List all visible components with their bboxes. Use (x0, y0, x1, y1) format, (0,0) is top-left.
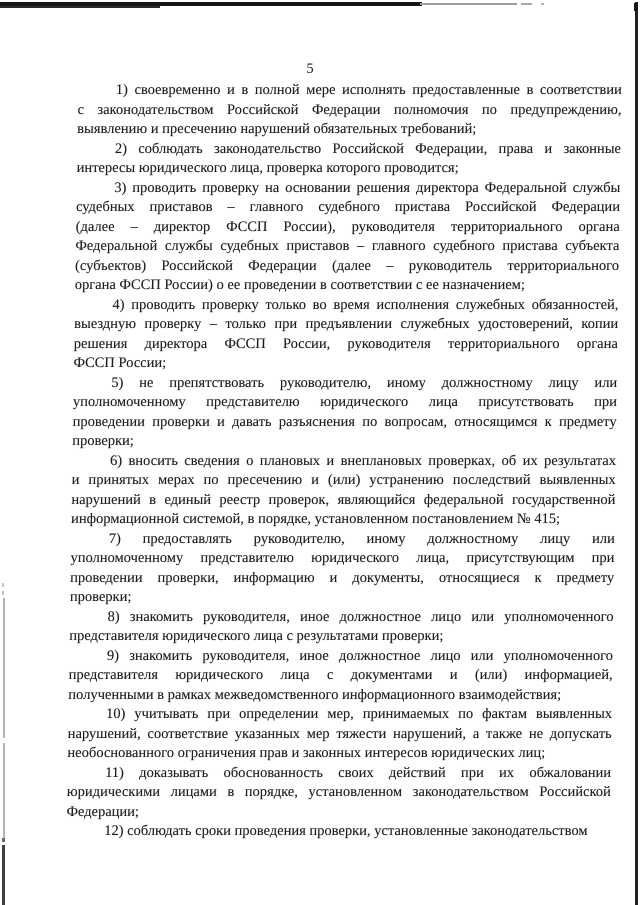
scan-artifact-left-dash (2, 591, 4, 595)
scan-artifact-left-edge-line (3, 743, 5, 841)
text-line: 5) не препятствовать руководителю, иному… (73, 374, 617, 394)
text-line: ФССП России; (73, 354, 617, 374)
text-line: интересы юридического лица, проверка кот… (76, 159, 620, 179)
text-line: нарушений в единый реестр проверок, явля… (71, 491, 615, 511)
text-line: 6) вносить сведения о плановых и внеплан… (72, 452, 616, 472)
text-line: информационной системой, в порядке, уста… (71, 510, 615, 530)
scan-artifact-left-dash (2, 583, 4, 587)
text-line: органа ФССП России) о ее проведении в со… (75, 276, 619, 296)
text-line: 3) проводить проверку на основании решен… (76, 179, 620, 199)
text-line: представителя юридического лица с резуль… (69, 627, 613, 647)
text-line: 11) доказывать обоснованность своих дейс… (67, 764, 611, 784)
text-line: 9) знакомить руководителя, иное должност… (69, 647, 613, 667)
text-line: и принятых мерах по пресечению и (или) у… (72, 471, 616, 491)
text-line: Федеральной службы судебных приставов – … (75, 237, 619, 257)
scan-artifact-right-edge-line (635, 2, 638, 905)
text-line: юридическими лицами в порядке, установле… (67, 783, 611, 803)
text-line: решения директора ФССП России, руководит… (74, 335, 618, 355)
text-line: 4) проводить проверку только во время ис… (74, 296, 618, 316)
text-line: 7) предоставлять руководителю, иному дол… (71, 530, 615, 550)
text-line: представителя юридического лица с докуме… (69, 666, 613, 686)
text-line: выездную проверку – только при предъявле… (74, 315, 618, 335)
text-line: выявлению и пресечению нарушений обязате… (77, 120, 621, 140)
scan-artifact-top-dot (541, 3, 544, 5)
scan-artifact-left-edge-line (3, 598, 5, 738)
text-line: уполномоченному представителю юридическо… (70, 549, 614, 569)
text-line: с законодательством Российской Федерации… (77, 101, 621, 121)
text-line: 12) соблюдать сроки проведения проверки,… (66, 822, 610, 842)
scan-artifact-top-dash (521, 3, 532, 5)
text-line: 10) учитывать при определении мер, прини… (68, 705, 612, 725)
text-line: необоснованного ограничения прав и закон… (67, 744, 611, 764)
scan-artifact-left-line-dot (2, 838, 5, 842)
text-line: проверки; (72, 432, 616, 452)
page-number: 5 (0, 60, 620, 80)
text-line: 1) своевременно и в полной мере исполнят… (78, 81, 622, 101)
text-line: проведении проверки, информацию и докуме… (70, 569, 614, 589)
text-line: Федерации; (66, 803, 610, 823)
document-text: 1) своевременно и в полной мере исполнят… (66, 81, 622, 842)
text-line: судебных приставов – главного судебного … (76, 198, 620, 218)
text-line: полученными в рамках межведомственного и… (68, 686, 612, 706)
text-line: проведении проверки и давать разъяснения… (72, 413, 616, 433)
text-line: (субъектов) Российской Федерации (далее … (75, 257, 619, 277)
text-line: проверки; (70, 588, 614, 608)
text-line: нарушений, соответствие указанных мер тя… (68, 725, 612, 745)
scan-artifact-left-edge-line-dark (2, 845, 5, 905)
scan-artifact-right-line-cap (634, 3, 638, 11)
text-line: уполномоченному представителю юридическо… (73, 393, 617, 413)
text-line: 2) соблюдать законодательство Российской… (77, 140, 621, 160)
text-line: 8) знакомить руководителя, иное должност… (69, 608, 613, 628)
scanned-document-page: 5 1) своевременно и в полной мере исполн… (0, 0, 640, 905)
scan-artifact-top-line-gray (420, 3, 517, 5)
text-line: (далее – директор ФССП России), руководи… (76, 218, 620, 238)
scan-artifact-top-bar-shadow (0, 6, 160, 8)
